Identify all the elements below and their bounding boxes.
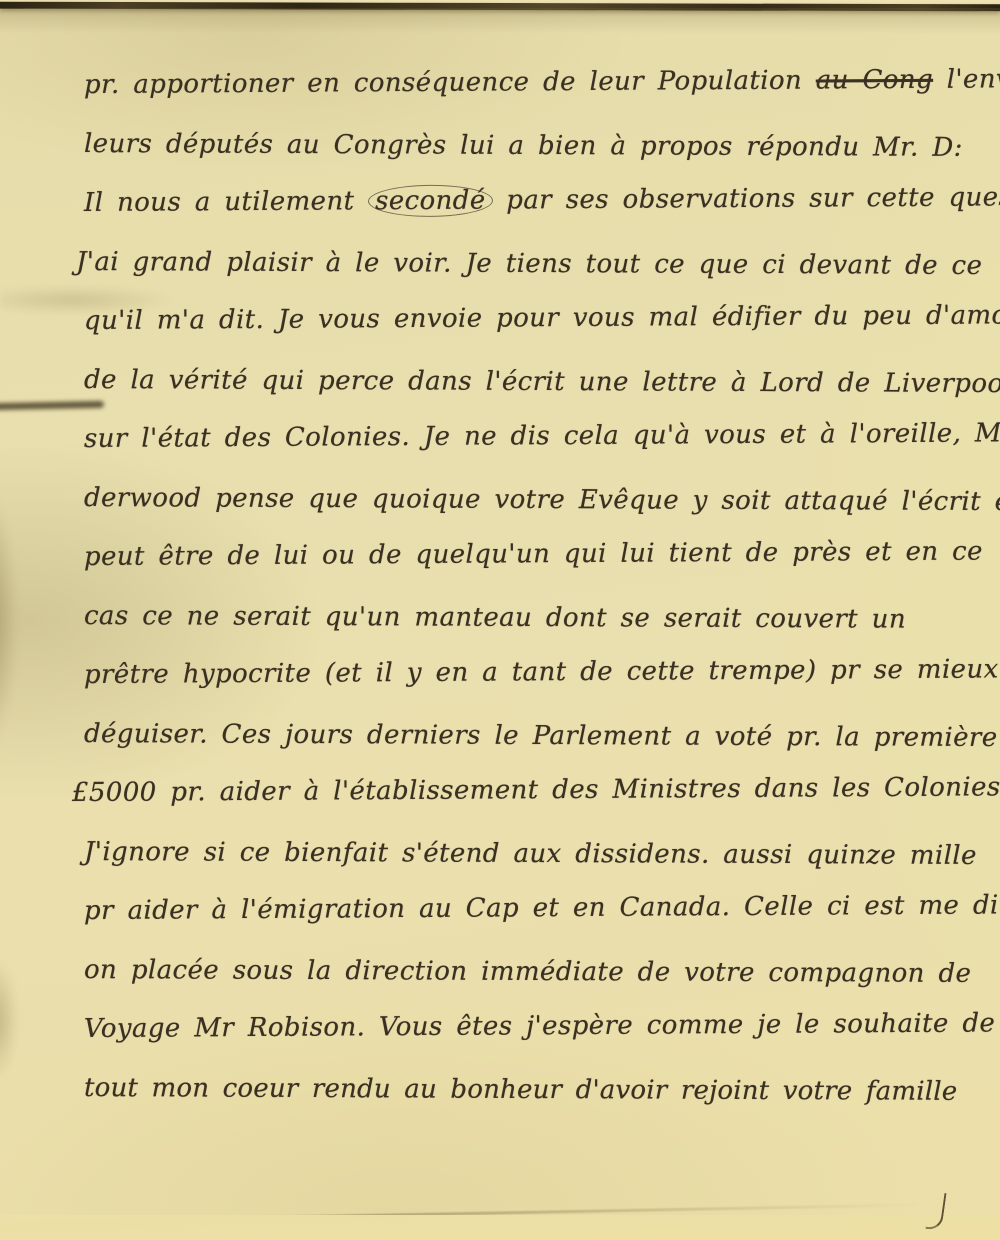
letter-scan-page: pr. apportioner en conséquence de leur P… [0,0,1000,1240]
handwritten-line-18: tout mon coeur rendu au bonheur d'avoir … [84,1059,992,1122]
line-3-pre: Il nous a utilement [84,186,368,218]
letter-body: pr. apportioner en conséquence de leur P… [84,56,992,1118]
line-1-pre: pr. apportioner en conséquence de leur P… [84,66,816,100]
left-edge-shading [0,440,30,800]
handwritten-line-5: qu'il m'a dit. Je vous envoie pour vous … [84,286,992,351]
handwritten-line-17: Voyage Mr Robison. Vous êtes j'espère co… [84,994,992,1059]
circled-word: secondé [368,185,493,218]
handwritten-line-11: prêtre hypocrite (et il y en a tant de c… [84,640,992,705]
line-1-post: l'envoi de [933,64,1000,95]
next-page-edge [0,1215,1000,1240]
handwritten-line-13: £5000 pr. aider à l'établissement des Mi… [72,758,992,823]
handwritten-line-7: sur l'état des Colonies. Je ne dis cela … [84,404,992,469]
handwritten-line-3: Il nous a utilement secondé par ses obse… [84,168,992,233]
handwritten-line-15: pr aider à l'émigration au Cap et en Can… [84,876,992,941]
scan-top-edge-shadow [0,8,1000,34]
left-edge-shading-lower [0,940,26,1100]
handwritten-line-1: pr. apportioner en conséquence de leur P… [84,50,992,115]
handwritten-line-9: peut être de lui ou de quelqu'un qui lui… [84,522,992,587]
line-3-post: par ses observations sur cette question [493,182,1000,215]
struck-out-words: au Cong [816,65,933,96]
